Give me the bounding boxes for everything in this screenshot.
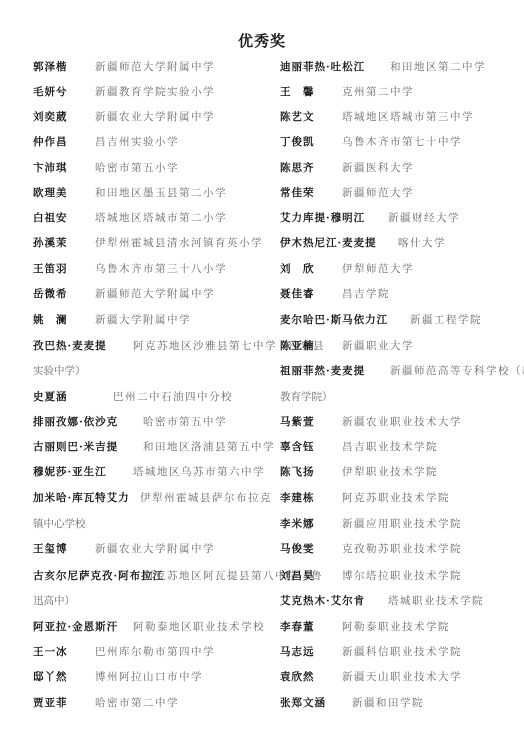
school-name: 新疆农业大学附属中学: [95, 111, 215, 123]
award-entry: 李米娜新疆应用职业技术学院: [280, 517, 462, 531]
school-name: 哈密市第五中学: [143, 416, 227, 428]
award-entry: 阿亚拉·金恩斯汗阿勒泰地区职业技术学校: [33, 620, 265, 634]
winner-name: 王一冰: [33, 645, 95, 659]
award-entry: 李春董阿勒泰职业技术学院: [280, 620, 450, 634]
award-entry: 王 馨克州第二中学: [280, 85, 414, 99]
award-entry: 李建栋阿克苏职业技术学院: [280, 491, 450, 505]
school-name: 阿克苏职业技术学院: [342, 492, 450, 504]
school-name: 乌鲁木齐市第三十八小学: [95, 263, 227, 275]
award-entry: 郭泽楷新疆师范大学附属中学: [33, 60, 215, 74]
award-entry: 王玺博新疆农业大学附属中学: [33, 542, 215, 556]
winner-name: 陈飞扬: [280, 465, 342, 479]
school-name-continued: 实验中学）: [33, 364, 86, 378]
award-entry: 陈艺文塔城地区塔城市第三中学: [280, 110, 474, 124]
award-entry: 常佳荣新疆师范大学: [280, 186, 414, 200]
school-name: 哈密市第二中学: [95, 697, 179, 709]
award-entry: 岳微希新疆师范大学附属中学: [33, 287, 215, 301]
winner-name: 王 馨: [280, 85, 342, 99]
winner-name: 刘奕葳: [33, 110, 95, 124]
award-entry: 贾亚菲哈密市第二中学: [33, 696, 179, 710]
winner-name: 白祖安: [33, 211, 95, 225]
school-name: 昌吉州实验小学: [95, 136, 179, 148]
winner-name: 艾力库提·穆明江: [280, 211, 388, 225]
award-entry: 姚 澜新疆大学附属中学: [33, 313, 191, 327]
winner-name: 加米哈·库瓦特艾力: [33, 491, 140, 505]
school-name: 新疆师范大学: [342, 187, 414, 199]
winner-name: 陈艺文: [280, 110, 342, 124]
school-name: 乌鲁木齐市第七十中学: [342, 136, 462, 148]
award-entry: 张郑文涵新疆和田学院: [280, 696, 424, 710]
winner-name: 马紫萱: [280, 415, 342, 429]
winner-name: 欧理美: [33, 186, 95, 200]
winner-name: 姚 澜: [33, 313, 95, 327]
award-entry: 马紫萱新疆农业职业技术大学: [280, 415, 462, 429]
school-name: 克州第二中学: [342, 86, 414, 98]
winner-name: 卞沛琪: [33, 161, 95, 175]
winner-name: 陈亚楠: [280, 339, 342, 353]
school-name: 新疆农业职业技术大学: [342, 416, 462, 428]
award-entry: 马俊雯克孜勒苏职业技术学院: [280, 542, 462, 556]
winner-name: 刘昌昊: [280, 569, 342, 583]
award-entry: 陈思齐新疆医科大学: [280, 161, 414, 175]
school-name: 新疆师范大学附属中学: [95, 61, 215, 73]
winner-name: 孙溪茉: [33, 236, 95, 250]
school-name: 和田地区洛浦县第五中学: [143, 441, 275, 453]
school-name: 新疆大学附属中学: [95, 314, 191, 326]
winner-name: 李米娜: [280, 517, 342, 531]
school-name: 伊犁师范大学: [342, 263, 414, 275]
award-entry: 麦尔哈巴·斯马依力江新疆工程学院: [280, 313, 482, 327]
award-entry: 马志远新疆科信职业技术学院: [280, 645, 462, 659]
award-entry: 艾克热木·艾尔肯塔城职业技术学院: [280, 594, 484, 608]
winner-name: 仲作昌: [33, 135, 95, 149]
school-name: 新疆医科大学: [342, 162, 414, 174]
school-name: 巴州库尔勒市第四中学: [95, 646, 215, 658]
award-entry: 穆妮莎·亚生江塔城地区乌苏市第六中学: [33, 465, 265, 479]
award-entry: 白祖安塔城地区塔城市第二小学: [33, 211, 227, 225]
winner-name: 邸丫然: [33, 670, 95, 684]
winner-name: 张郑文涵: [280, 696, 352, 710]
winner-name: 马志远: [280, 645, 342, 659]
winner-name: 古亥尔尼萨克孜·阿布拉江: [33, 569, 143, 583]
school-name: 哈密市第五小学: [95, 162, 179, 174]
winner-name: 祖丽菲然·麦麦提: [280, 364, 390, 378]
winner-name: 孜巴热·麦麦提: [33, 339, 133, 353]
school-name: 巴州二中石油四中分校: [113, 391, 233, 403]
school-name: 博州阿拉山口市中学: [95, 671, 203, 683]
award-entry: 排丽孜娜·依沙克哈密市第五中学: [33, 415, 227, 429]
school-name-continued: 教育学院）: [280, 390, 333, 404]
winner-name: 艾克热木·艾尔肯: [280, 594, 388, 608]
winner-name: 阿亚拉·金恩斯汗: [33, 620, 133, 634]
school-name: 和田地区第二中学: [390, 61, 486, 73]
award-entry: 古丽则巴·米吉提和田地区洛浦县第五中学: [33, 440, 275, 454]
school-name: 新疆教育学院实验小学: [95, 86, 215, 98]
award-entry: 王笛羽乌鲁木齐市第三十八小学: [33, 262, 227, 276]
award-entry: 陈亚楠新疆职业大学: [280, 339, 414, 353]
award-entry: 孙溪茉伊犁州霍城县清水河镇育英小学: [33, 236, 263, 250]
school-name: 塔城地区塔城市第三中学: [342, 111, 474, 123]
winner-name: 史夏涵: [33, 390, 113, 404]
winner-name: 岳微希: [33, 287, 95, 301]
winner-name: 伊木热尼江·麦麦提: [280, 236, 398, 250]
winner-name: 毛妍兮: [33, 85, 95, 99]
winner-name: 陈思齐: [280, 161, 342, 175]
award-entry: 邸丫然博州阿拉山口市中学: [33, 670, 203, 684]
award-entry: 王一冰巴州库尔勒市第四中学: [33, 645, 215, 659]
award-entry: 刘昌昊博尔塔拉职业技术学院: [280, 569, 462, 583]
school-name: 塔城地区乌苏市第六中学: [133, 466, 265, 478]
award-entry: 迪丽菲热·吐松江和田地区第二中学: [280, 60, 486, 74]
winner-name: 麦尔哈巴·斯马依力江: [280, 313, 410, 327]
winner-name: 李春董: [280, 620, 342, 634]
award-entry: 聂佳睿昌吉学院: [280, 287, 390, 301]
school-name: 新疆财经大学: [388, 212, 460, 224]
winner-name: 马俊雯: [280, 542, 342, 556]
award-entry: 辜含钰昌吉职业技术学院: [280, 440, 438, 454]
winner-name: 郭泽楷: [33, 60, 95, 74]
school-name: 新疆职业大学: [342, 340, 414, 352]
school-name: 新疆师范大学附属中学: [95, 288, 215, 300]
winner-name: 王笛羽: [33, 262, 95, 276]
school-name: 昌吉职业技术学院: [342, 441, 438, 453]
winner-name: 刘 欣: [280, 262, 342, 276]
school-name: 新疆工程学院: [410, 314, 482, 326]
award-entry: 丁俊凯乌鲁木齐市第七十中学: [280, 135, 462, 149]
school-name: 新疆科信职业技术学院: [342, 646, 462, 658]
winner-name: 王玺博: [33, 542, 95, 556]
winner-name: 穆妮莎·亚生江: [33, 465, 133, 479]
award-entry: 史夏涵巴州二中石油四中分校: [33, 390, 233, 404]
winner-name: 古丽则巴·米吉提: [33, 440, 143, 454]
school-name: 伊犁州霍城县清水河镇育英小学: [95, 237, 263, 249]
school-name: 克孜勒苏职业技术学院: [342, 543, 462, 555]
school-name: 和田地区墨玉县第二小学: [95, 187, 227, 199]
award-entry: 陈飞扬伊犁职业技术学院: [280, 465, 438, 479]
award-entry: 欧理美和田地区墨玉县第二小学: [33, 186, 227, 200]
award-entry: 刘 欣伊犁师范大学: [280, 262, 414, 276]
award-entry: 仲作昌昌吉州实验小学: [33, 135, 179, 149]
winner-name: 贾亚菲: [33, 696, 95, 710]
award-entry: 祖丽菲然·麦麦提新疆师范高等专科学校（新疆: [280, 364, 524, 378]
winner-name: 袁欣然: [280, 670, 342, 684]
award-entry: 卞沛琪哈密市第五小学: [33, 161, 179, 175]
school-name: 新疆师范高等专科学校（新疆: [390, 365, 524, 377]
school-name: 塔城地区塔城市第二小学: [95, 212, 227, 224]
winner-name: 迪丽菲热·吐松江: [280, 60, 390, 74]
award-entry: 伊木热尼江·麦麦提喀什大学: [280, 236, 446, 250]
school-name: 新疆和田学院: [352, 697, 424, 709]
winner-name: 排丽孜娜·依沙克: [33, 415, 143, 429]
school-name: 新疆农业大学附属中学: [95, 543, 215, 555]
school-name-continued: 镇中心学校: [33, 517, 86, 531]
school-name: 喀什大学: [398, 237, 446, 249]
award-entry: 艾力库提·穆明江新疆财经大学: [280, 211, 460, 225]
winner-name: 聂佳睿: [280, 287, 342, 301]
award-entry: 加米哈·库瓦特艾力伊犁州霍城县萨尔布拉克: [33, 491, 272, 505]
school-name: 新疆应用职业技术学院: [342, 518, 462, 530]
school-name: 博尔塔拉职业技术学院: [342, 570, 462, 582]
school-name-continued: 迅高中）: [33, 594, 75, 608]
school-name: 阿勒泰职业技术学院: [342, 621, 450, 633]
school-name: 新疆天山职业技术大学: [342, 671, 462, 683]
award-entry: 袁欣然新疆天山职业技术大学: [280, 670, 462, 684]
school-name: 昌吉学院: [342, 288, 390, 300]
page-title: 优秀奖: [0, 30, 524, 51]
award-entry: 毛妍兮新疆教育学院实验小学: [33, 85, 215, 99]
winner-name: 辜含钰: [280, 440, 342, 454]
school-name: 伊犁州霍城县萨尔布拉克: [140, 492, 272, 504]
school-name: 伊犁职业技术学院: [342, 466, 438, 478]
winner-name: 常佳荣: [280, 186, 342, 200]
school-name: 阿勒泰地区职业技术学校: [133, 621, 265, 633]
winner-name: 丁俊凯: [280, 135, 342, 149]
school-name: 塔城职业技术学院: [388, 595, 484, 607]
award-entry: 刘奕葳新疆农业大学附属中学: [33, 110, 215, 124]
winner-name: 李建栋: [280, 491, 342, 505]
